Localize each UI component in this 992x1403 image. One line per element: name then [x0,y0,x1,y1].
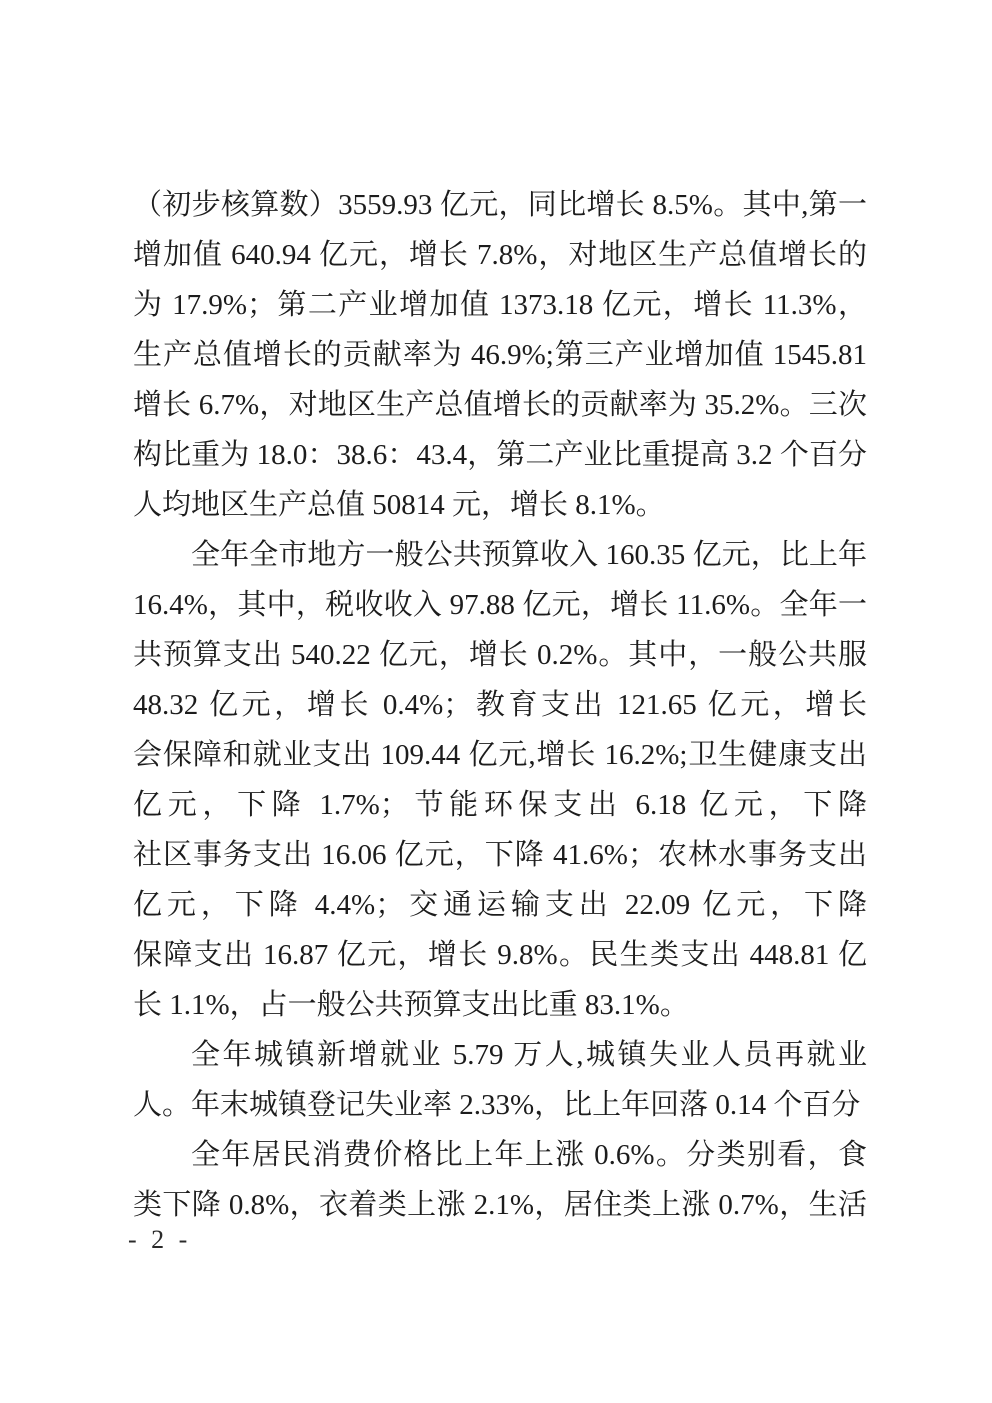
text-line: 会保障和就业支出 109.44 亿元,增长 16.2%;卫生健康支出 74.80 [133,730,867,780]
text-line: 类下降 0.8%，衣着类上涨 2.1%，居住类上涨 0.7%，生活用品及 [133,1180,867,1230]
document-text-block: （初步核算数）3559.93 亿元，同比增长 8.5%。其中,第一产业 增加值 … [133,180,867,1230]
document-page: （初步核算数）3559.93 亿元，同比增长 8.5%。其中,第一产业 增加值 … [0,0,992,1403]
text-line: 为 17.9%；第二产业增加值 1373.18 亿元，增长 11.3%，对地区 [133,280,867,330]
text-line-paragraph-start: 全年全市地方一般公共预算收入 160.35 亿元，比上年增长 [133,530,867,580]
text-line: 亿元，下降 1.7%；节能环保支出 6.18 亿元，下降 34.9%；城乡 [133,780,867,830]
text-line: （初步核算数）3559.93 亿元，同比增长 8.5%。其中,第一产业 [133,180,867,230]
text-line-paragraph-end: 长 1.1%，占一般公共预算支出比重 83.1%。 [133,980,867,1030]
text-line: 16.4%，其中，税收收入 97.88 亿元，增长 11.6%。全年一般公 [133,580,867,630]
text-line: 48.32 亿元，增长 0.4%；教育支出 121.65 亿元，增长 3.6%；… [133,680,867,730]
text-line-paragraph-start: 全年居民消费价格比上年上涨 0.6%。分类别看，食品烟酒 [133,1130,867,1180]
text-line: 保障支出 16.87 亿元，增长 9.8%。民生类支出 448.81 亿元，增 [133,930,867,980]
text-line-paragraph-end: 人。年末城镇登记失业率 2.33%，比上年回落 0.14 个百分点。 [133,1080,867,1130]
text-line-paragraph-start: 全年城镇新增就业 5.79 万人,城镇失业人员再就业 2.75 万 [133,1030,867,1080]
text-line: 社区事务支出 16.06 亿元，下降 41.6%；农林水事务支出 64.54 [133,830,867,880]
text-line: 增加值 640.94 亿元，增长 7.8%，对地区生产总值增长的贡献率 [133,230,867,280]
text-line-paragraph-end: 人均地区生产总值 50814 元，增长 8.1%。 [133,480,867,530]
text-line: 共预算支出 540.22 亿元，增长 0.2%。其中，一般公共服务支出 [133,630,867,680]
page-number: - 2 - [128,1224,191,1256]
text-line: 构比重为 18.0：38.6：43.4，第二产业比重提高 3.2 个百分点。 [133,430,867,480]
text-line: 亿元，下降 4.4%；交通运输支出 22.09 亿元，下降 0.3%；住房 [133,880,867,930]
text-line: 增长 6.7%，对地区生产总值增长的贡献率为 35.2%。三次产业结 [133,380,867,430]
text-line: 生产总值增长的贡献率为 46.9%;第三产业增加值 1545.81 亿元， [133,330,867,380]
